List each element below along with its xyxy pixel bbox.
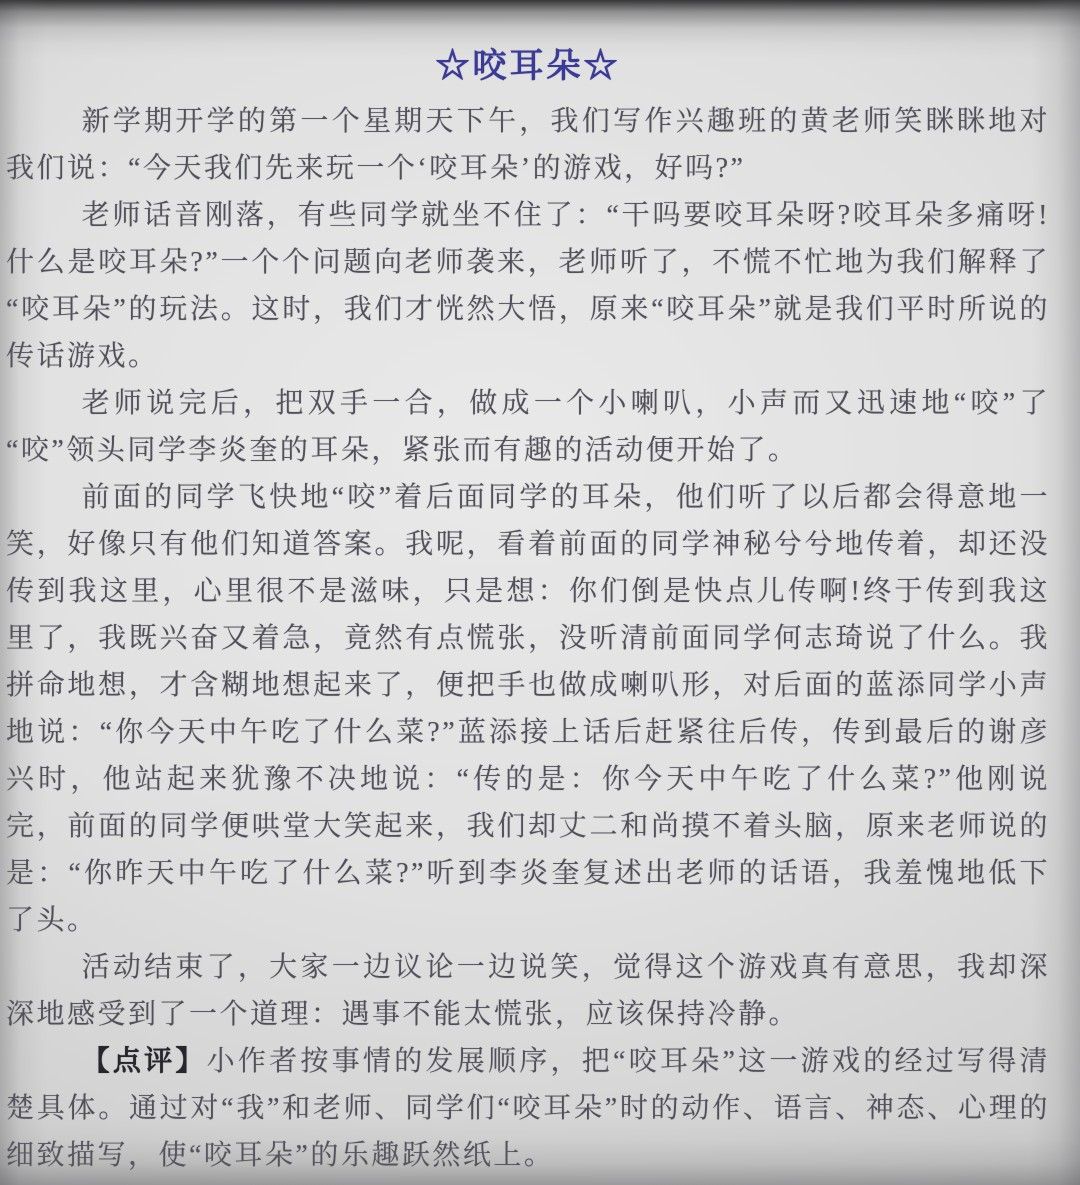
essay-title: ☆咬耳朵☆ bbox=[6, 38, 1050, 87]
essay-paragraph-2: 老师话音刚落，有些同学就坐不住了：“干吗要咬耳朵呀?咬耳朵多痛呀!什么是咬耳朵?… bbox=[6, 192, 1050, 380]
essay-paragraph-5: 活动结束了，大家一边议论一边说笑，觉得这个游戏真有意思，我却深深地感受到了一个道… bbox=[6, 944, 1050, 1038]
essay-paragraph-3: 老师说完后，把双手一合，做成一个小喇叭，小声而又迅速地“咬”了“咬”领头同学李炎… bbox=[6, 380, 1050, 474]
essay-sheet: ☆咬耳朵☆ 新学期开学的第一个星期天下午，我们写作兴趣班的黄老师笑眯眯地对我们说… bbox=[0, 0, 1080, 1185]
review-label: 【点评】 bbox=[82, 1046, 207, 1077]
review-paragraph: 【点评】小作者按事情的发展顺序，把“咬耳朵”这一游戏的经过写得清楚具体。通过对“… bbox=[6, 1038, 1050, 1179]
essay-page: ☆咬耳朵☆ 新学期开学的第一个星期天下午，我们写作兴趣班的黄老师笑眯眯地对我们说… bbox=[0, 0, 1080, 1185]
essay-body: 新学期开学的第一个星期天下午，我们写作兴趣班的黄老师笑眯眯地对我们说：“今天我们… bbox=[6, 98, 1050, 1179]
essay-paragraph-4: 前面的同学飞快地“咬”着后面同学的耳朵，他们听了以后都会得意地一笑，好像只有他们… bbox=[6, 474, 1050, 944]
essay-paragraph-1: 新学期开学的第一个星期天下午，我们写作兴趣班的黄老师笑眯眯地对我们说：“今天我们… bbox=[6, 98, 1050, 192]
